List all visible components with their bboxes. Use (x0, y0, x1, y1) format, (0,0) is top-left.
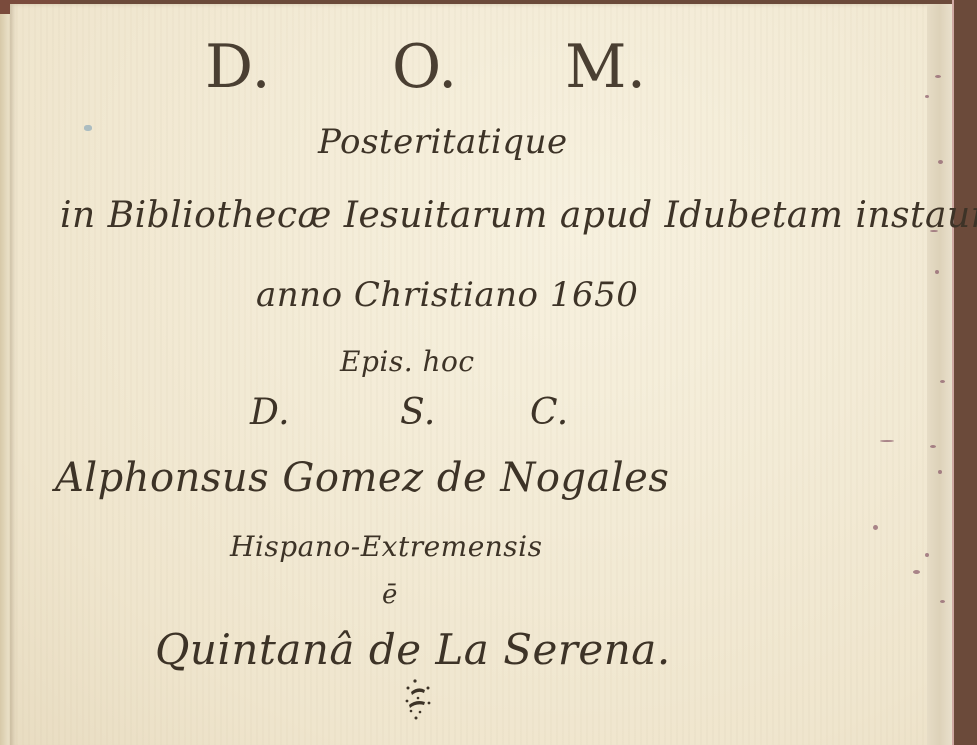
ink-splatter (938, 470, 942, 474)
ink-splatter (940, 380, 945, 383)
text-line-e: ē (382, 580, 398, 610)
ink-splatter (873, 525, 878, 530)
scribal-flourish-icon (398, 678, 438, 720)
dsc-letter-s: S. (400, 392, 436, 433)
ink-splatter (930, 230, 938, 232)
ink-splatter (880, 440, 894, 442)
text-line-quintana: Quintanâ de La Serena. (155, 625, 671, 674)
dsc-letter-c: C. (530, 392, 569, 433)
header-letter-o: O. (392, 32, 458, 102)
ink-splatter (940, 600, 945, 603)
header-letter-m: M. (565, 32, 647, 102)
ink-splatter (930, 445, 936, 448)
ink-splatter (925, 95, 929, 98)
text-line-epis: Epis. hoc (340, 345, 475, 378)
page-edge-right (927, 4, 952, 745)
ink-splatter (935, 270, 939, 274)
text-line-hispano: Hispano-Extremensis (230, 530, 543, 563)
text-line-bibliotheca: in Bibliothecæ Iesuitarum apud Idubetam … (60, 195, 977, 236)
ink-splatter (913, 570, 920, 574)
ink-splatter (935, 75, 941, 78)
header-letter-d: D. (205, 32, 271, 102)
page-edge-line (952, 0, 954, 745)
dsc-letter-d: D. (250, 392, 290, 433)
ink-splatter (925, 553, 929, 557)
ink-splatter (938, 160, 943, 164)
blue-stain (84, 125, 92, 131)
text-line-posteritati: Posteritatique (318, 122, 568, 162)
text-line-anno: anno Christiano 1650 (256, 275, 638, 315)
text-line-alphonsus: Alphonsus Gomez de Nogales (55, 455, 669, 501)
